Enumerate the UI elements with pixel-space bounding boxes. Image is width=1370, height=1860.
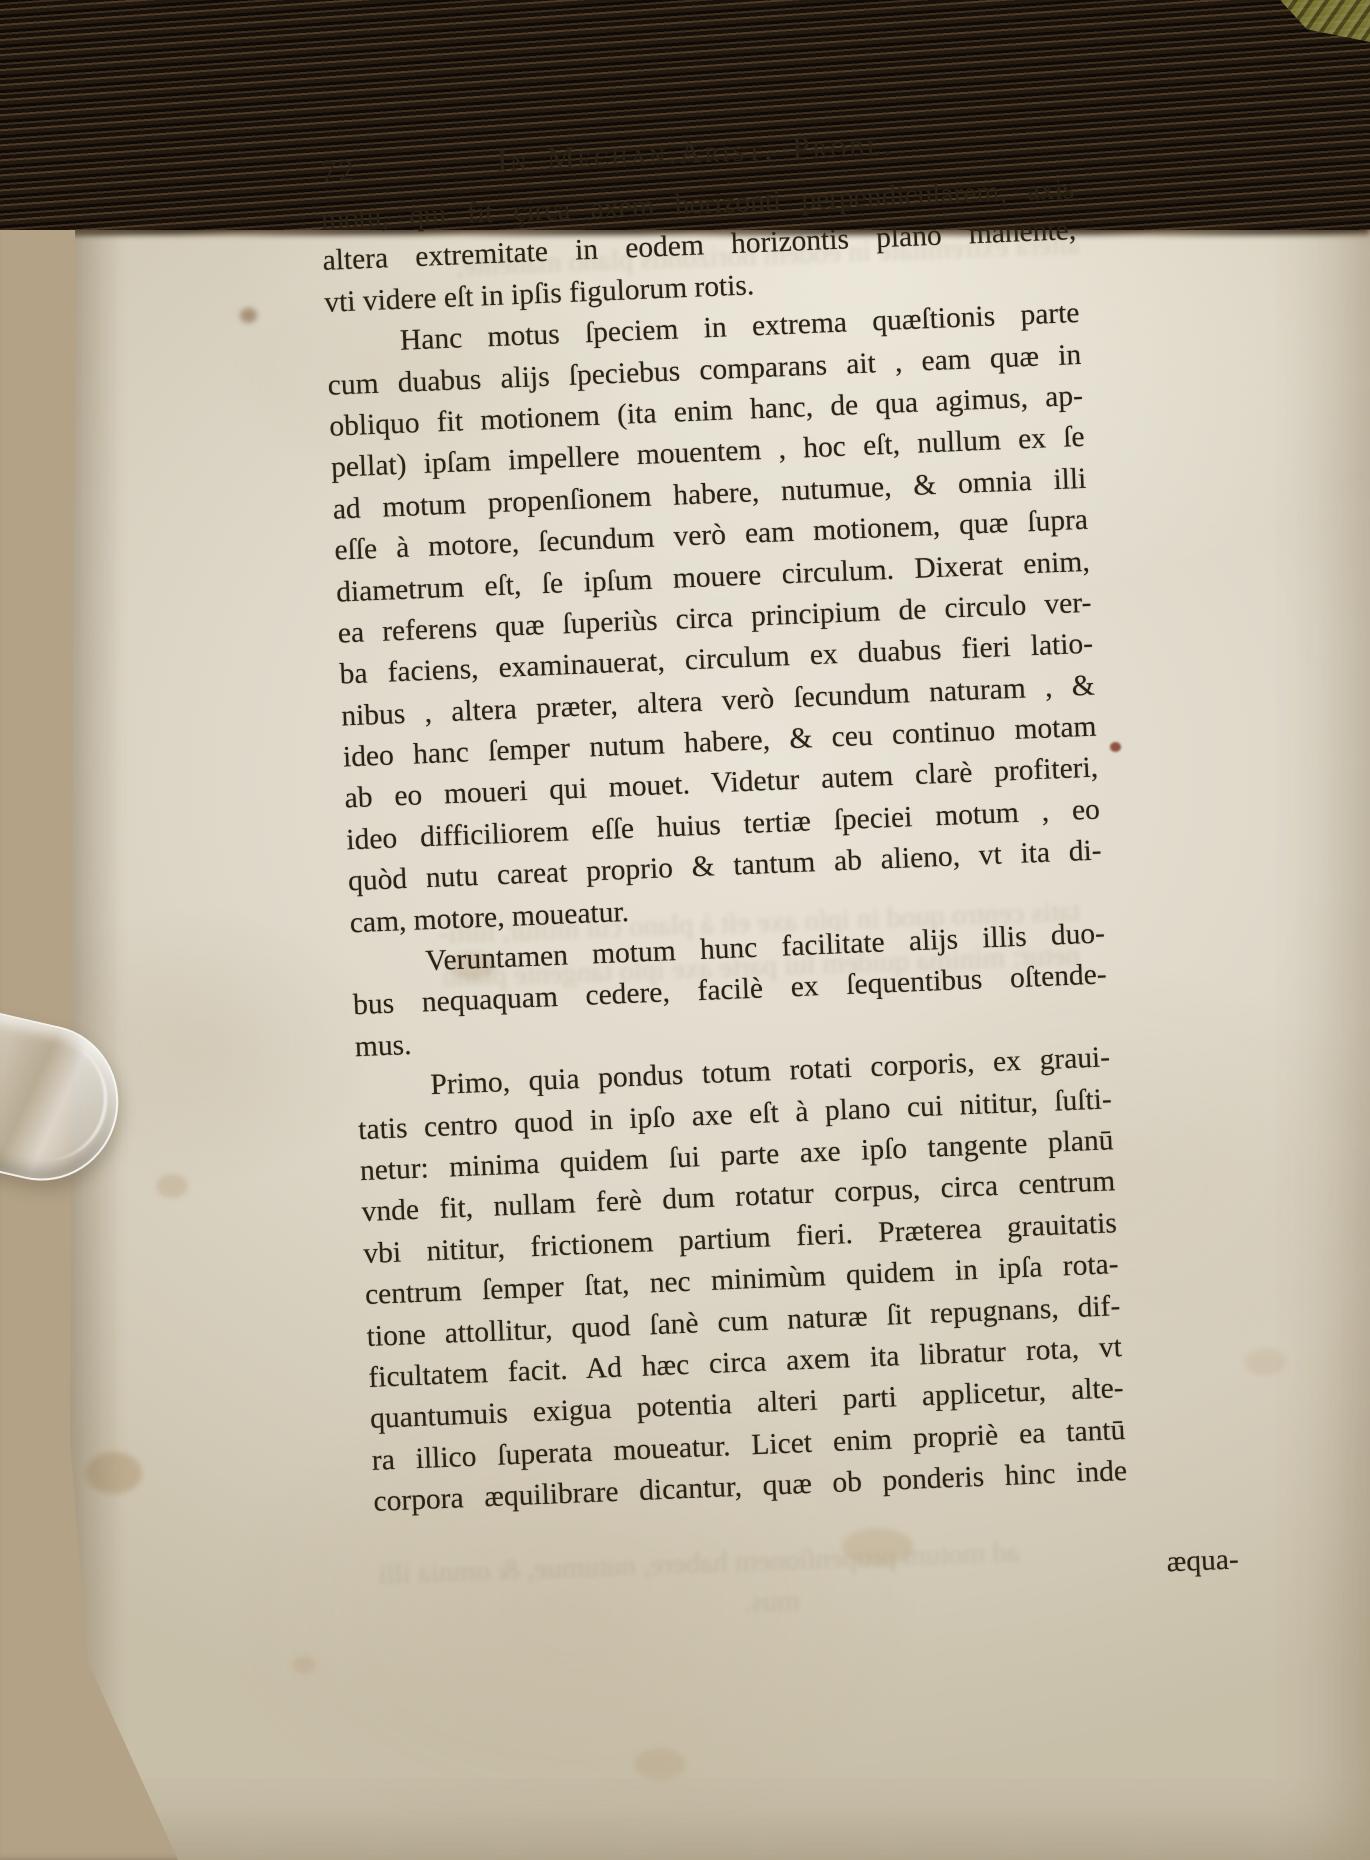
catchword: æqua- [1166, 1543, 1239, 1579]
text-block: 72 In Mechan.Arist. Probl. motu, qui fit… [318, 117, 1128, 1523]
book-photo: altera extremitate in eodem horizontis p… [0, 0, 1370, 1860]
